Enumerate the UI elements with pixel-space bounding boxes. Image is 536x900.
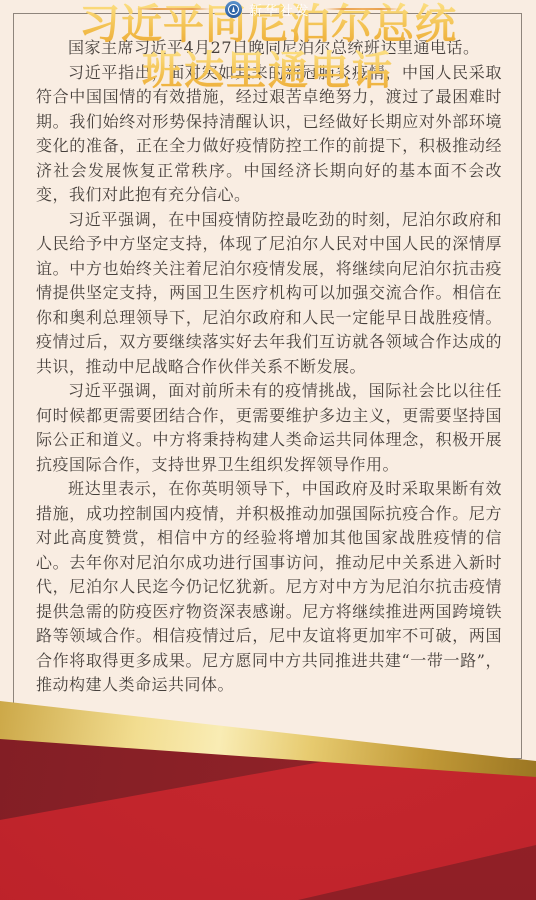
paragraph-lead: 国家主席习近平4月27日晚同尼泊尔总统班达里通电话。: [36, 36, 502, 61]
news-poster: 国家主席习近平4月27日晚同尼泊尔总统班达里通电话。 习近平指出，面对突如其来的…: [0, 0, 536, 900]
divider-line-right: [325, 8, 400, 10]
paragraph: 习近平指出，面对突如其来的新冠肺炎疫情，中国人民采取符合中国国情的有效措施，经过…: [36, 61, 502, 208]
paragraph: 习近平强调，面对前所未有的疫情挑战，国际社会比以往任何时候都更需要团结合作，更需…: [36, 379, 502, 477]
xinhua-logo-mark: [232, 6, 235, 12]
paragraph: 习近平强调，在中国疫情防控最吃劲的时刻，尼泊尔政府和人民给予中方坚定支持，体现了…: [36, 208, 502, 380]
article-text: 国家主席习近平4月27日晚同尼泊尔总统班达里通电话。 习近平指出，面对突如其来的…: [36, 36, 502, 698]
divider-line-left: [136, 8, 211, 10]
paragraph: 班达里表示，在你英明领导下，中国政府及时采取果断有效措施，成功控制国内疫情，并积…: [36, 477, 502, 698]
